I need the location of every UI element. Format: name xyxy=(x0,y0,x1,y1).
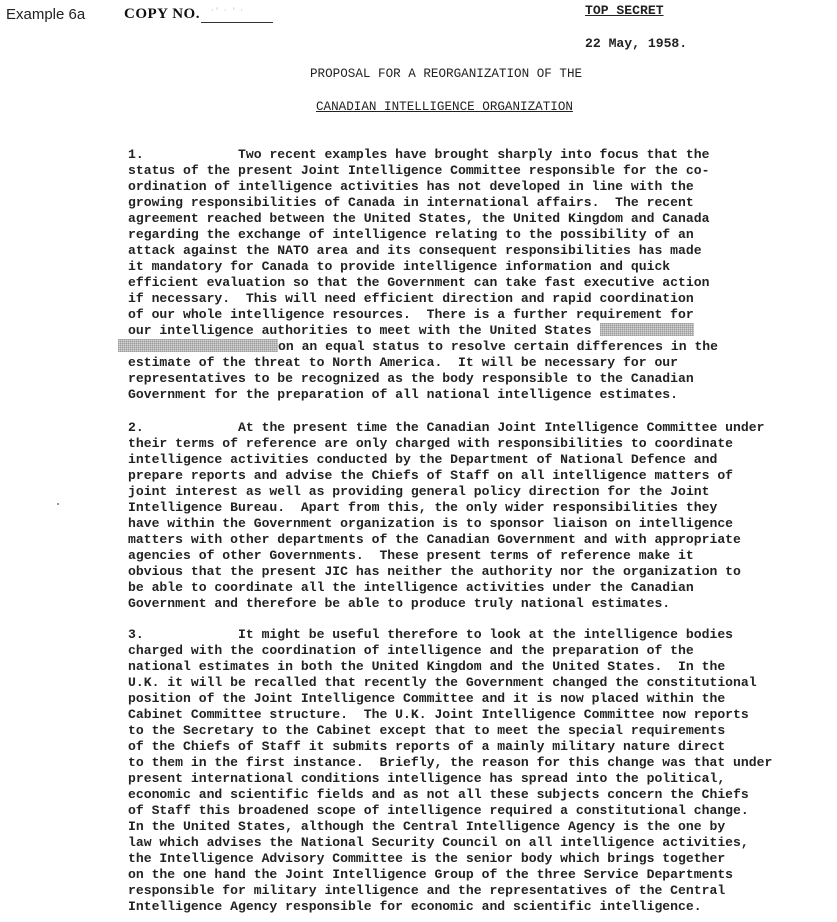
text-line: law which advises the National Security … xyxy=(128,835,828,851)
text-line: charged with the coordination of intelli… xyxy=(128,643,828,659)
document-title-line-2: CANADIAN INTELLIGENCE ORGANIZATION xyxy=(316,100,573,114)
text-line: agencies of other Governments. These pre… xyxy=(128,548,828,564)
text-line-with-redaction: on an equal status to resolve certain di… xyxy=(128,339,828,355)
scan-artifact xyxy=(57,503,59,505)
text-line: on an equal status to resolve certain di… xyxy=(278,339,718,354)
text-line: matters with other departments of the Ca… xyxy=(128,532,828,548)
text-line: At the present time the Canadian Joint I… xyxy=(238,420,764,435)
text-line: of Staff this broadened scope of intelli… xyxy=(128,803,828,819)
text-line: to them in the first instance. Briefly, … xyxy=(128,755,828,771)
text-line: prepare reports and advise the Chiefs of… xyxy=(128,468,828,484)
classification-marking: TOP SECRET xyxy=(585,3,664,18)
text-line: be able to coordinate all the intelligen… xyxy=(128,580,828,596)
text-line: obvious that the present JIC has neither… xyxy=(128,564,828,580)
text-line: representatives to be recognized as the … xyxy=(128,371,828,387)
copy-number-label: COPY NO. xyxy=(124,6,200,22)
text-line: It might be useful therefore to look at … xyxy=(238,627,733,642)
text-line-with-redaction: our intelligence authorities to meet wit… xyxy=(128,323,828,339)
document-date: 22 May, 1958. xyxy=(585,36,687,51)
text-line: attack against the NATO area and its con… xyxy=(128,243,828,259)
text-line: status of the present Joint Intelligence… xyxy=(128,163,828,179)
text-line: In the United States, although the Centr… xyxy=(128,819,828,835)
text-line: Cabinet Committee structure. The U.K. Jo… xyxy=(128,707,828,723)
text-line: their terms of reference are only charge… xyxy=(128,436,828,452)
copy-number: COPY NO.·’ · ’ · xyxy=(124,6,273,23)
example-label: Example 6a xyxy=(6,6,85,23)
text-line: agreement reached between the United Sta… xyxy=(128,211,828,227)
text-line: if necessary. This will need efficient d… xyxy=(128,291,828,307)
paragraph-number: 1. xyxy=(128,147,144,162)
paragraph-first-line: 1. Two recent examples have brought shar… xyxy=(128,147,828,163)
text-line: Intelligence Bureau. Apart from this, th… xyxy=(128,500,828,516)
text-line: economic and scientific fields and as no… xyxy=(128,787,828,803)
paragraph-number: 3. xyxy=(128,627,144,642)
text-line: growing responsibilities of Canada in in… xyxy=(128,195,828,211)
text-line: intelligence activities conducted by the… xyxy=(128,452,828,468)
text-line: Government and therefore be able to prod… xyxy=(128,596,828,612)
text-line: Intelligence Agency responsible for econ… xyxy=(128,899,828,915)
copy-number-value: ·’ · ’ · xyxy=(211,6,245,15)
paragraph-first-line: 3. It might be useful therefore to look … xyxy=(128,627,828,643)
text-line: of our whole intelligence resources. The… xyxy=(128,307,828,323)
text-line: to the Secretary to the Cabinet except t… xyxy=(128,723,828,739)
text-line: it mandatory for Canada to provide intel… xyxy=(128,259,828,275)
redaction-block xyxy=(118,339,278,352)
text-line: regarding the exchange of intelligence r… xyxy=(128,227,828,243)
text-line: ordination of intelligence activities ha… xyxy=(128,179,828,195)
document-title-line-1: PROPOSAL FOR A REORGANIZATION OF THE xyxy=(310,67,582,81)
copy-number-field: ·’ · ’ · xyxy=(201,6,273,23)
redaction-block xyxy=(600,323,694,336)
text-line: our intelligence authorities to meet wit… xyxy=(128,323,592,338)
paragraph-first-line: 2. At the present time the Canadian Join… xyxy=(128,420,828,436)
text-line: the Intelligence Advisory Committee is t… xyxy=(128,851,828,867)
text-line: joint interest as well as providing gene… xyxy=(128,484,828,500)
text-line: present international conditions intelli… xyxy=(128,771,828,787)
text-line: estimate of the threat to North America.… xyxy=(128,355,828,371)
paragraph-3: 3. It might be useful therefore to look … xyxy=(128,627,828,915)
paragraph-2: 2. At the present time the Canadian Join… xyxy=(128,420,828,612)
text-line: on the one hand the Joint Intelligence G… xyxy=(128,867,828,883)
text-line: U.K. it will be recalled that recently t… xyxy=(128,675,828,691)
paragraph-1: 1. Two recent examples have brought shar… xyxy=(128,147,828,403)
text-line: position of the Joint Intelligence Commi… xyxy=(128,691,828,707)
text-line: national estimates in both the United Ki… xyxy=(128,659,828,675)
text-line: efficient evaluation so that the Governm… xyxy=(128,275,828,291)
text-line: Two recent examples have brought sharply… xyxy=(238,147,709,162)
text-line: Government for the preparation of all na… xyxy=(128,387,828,403)
text-line: responsible for military intelligence an… xyxy=(128,883,828,899)
text-line: have within the Government organization … xyxy=(128,516,828,532)
text-line: of the Chiefs of Staff it submits report… xyxy=(128,739,828,755)
paragraph-number: 2. xyxy=(128,420,144,435)
